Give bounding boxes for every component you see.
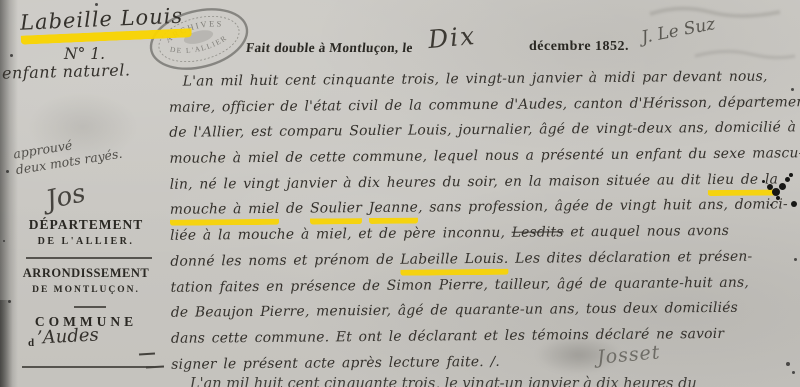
paper-speck: [792, 371, 795, 374]
ink-blot: [785, 177, 790, 182]
paper-speck: [10, 54, 13, 57]
ink-blot: [791, 201, 797, 207]
ink-blot: [776, 196, 780, 200]
margin-annotation: approuvé deux mots rayés.: [12, 130, 123, 178]
paper-speck: [3, 240, 5, 242]
commune-printed-d: d: [28, 337, 34, 349]
registry-scan-page: ARCHIVES DE L'ALLIER Labeille Louis N° 1…: [0, 0, 800, 387]
highlighted-text: Labeille Louis.: [400, 251, 508, 276]
body-text: liée à la mouche à miel, et de père inco…: [170, 225, 512, 244]
paper-speck: [794, 258, 797, 261]
body-text: , sans profession, âgée de vingt huit an…: [418, 197, 788, 216]
act-body-text: L'an mil huit cent cinquante trois, le v…: [169, 64, 800, 378]
body-text: [362, 200, 369, 216]
child-status-note: enfant naturel.: [2, 60, 131, 82]
ink-blot: [772, 188, 780, 196]
ink-blot: [789, 173, 793, 177]
margin-divider: [26, 257, 152, 259]
margin-dash: [139, 352, 155, 355]
body-line: dans cette commune. Et ont le déclarant …: [171, 321, 800, 352]
commune-name-handwritten: ’Audes: [36, 324, 99, 348]
handwritten-day: Dix: [427, 21, 477, 54]
printed-header-date: décembre 1852.: [529, 39, 629, 55]
printed-header-left: Fait double à Montluçon, le: [245, 40, 413, 56]
paper-speck: [95, 3, 98, 6]
margin-paraph: Jos: [43, 178, 88, 216]
paper-speck: [786, 362, 790, 366]
body-text: donné les noms et prénom de: [170, 252, 400, 270]
paper-speck: [791, 88, 794, 91]
arrondissement-heading: ARRONDISSEMENT: [0, 266, 172, 281]
struck-word: Lesdits: [512, 224, 564, 240]
margin-dash: [146, 366, 164, 369]
department-subheading: DE L'ALLIER.: [0, 236, 172, 247]
ink-blot: [762, 180, 765, 183]
paper-speck: [6, 170, 9, 173]
margin-divider-bottom: [22, 366, 154, 368]
ink-blot: [770, 204, 772, 206]
body-text: Les dites déclaration et présen-: [508, 248, 752, 266]
body-line: signer le présent acte après lecture fai…: [171, 347, 800, 378]
body-text: et auquel nous avons: [564, 223, 729, 240]
body-text: lin, né le vingt janvier à dix heures du…: [170, 172, 708, 193]
child-name-header: Labeille Louis: [20, 3, 192, 34]
body-text: de: [279, 201, 310, 217]
arrondissement-subheading: DE MONTLUÇON.: [0, 285, 172, 295]
margin-divider-short: [74, 306, 106, 308]
ink-blot: [779, 183, 786, 190]
department-heading: DÉPARTEMENT: [0, 217, 172, 233]
next-act-fragment: L'an mil huit cent cinquante trois, le v…: [190, 376, 697, 387]
paper-speck: [8, 300, 11, 303]
